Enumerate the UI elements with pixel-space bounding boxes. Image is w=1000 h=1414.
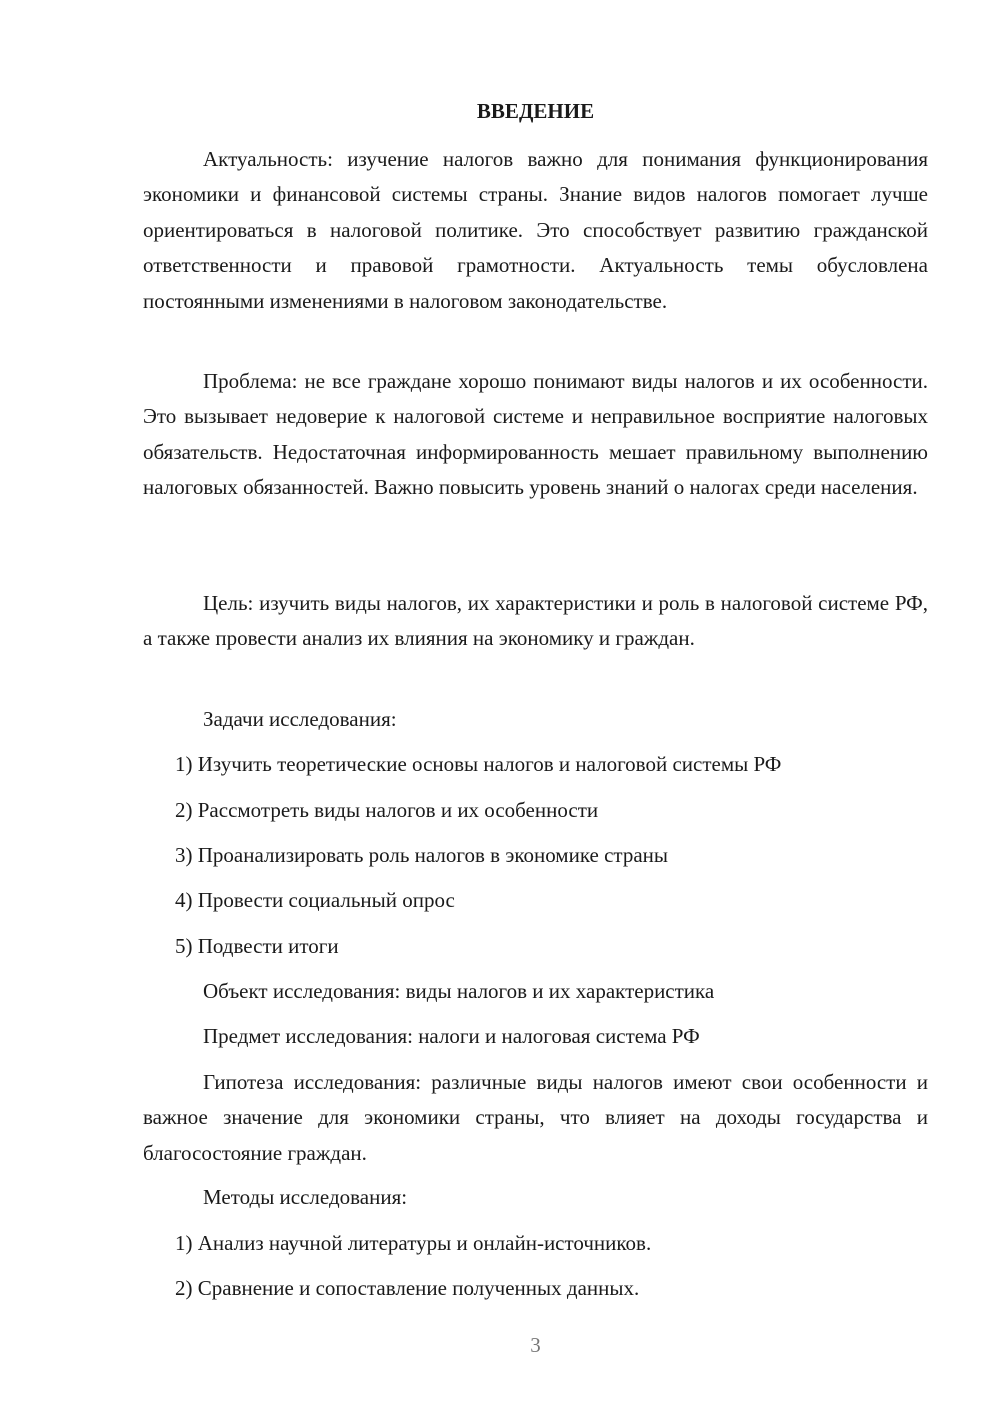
task-item: 5) Подвести итоги bbox=[175, 931, 339, 961]
goal-paragraph: Цель: изучить виды налогов, их характери… bbox=[143, 586, 928, 657]
task-item: 2) Рассмотреть виды налогов и их особенн… bbox=[175, 795, 598, 825]
method-item: 2) Сравнение и сопоставление полученных … bbox=[175, 1273, 639, 1303]
hypothesis-paragraph: Гипотеза исследования: различные виды на… bbox=[143, 1065, 928, 1171]
hypothesis-text: Гипотеза исследования: различные виды на… bbox=[143, 1070, 928, 1165]
goal-text: Цель: изучить виды налогов, их характери… bbox=[143, 591, 928, 650]
relevance-paragraph: Актуальность: изучение налогов важно для… bbox=[143, 142, 928, 319]
section-title: ВВЕДЕНИЕ bbox=[143, 96, 928, 126]
research-subject: Предмет исследования: налоги и налоговая… bbox=[203, 1021, 700, 1051]
problem-text: Проблема: не все граждане хорошо понимаю… bbox=[143, 369, 928, 499]
relevance-text: Актуальность: изучение налогов важно для… bbox=[143, 147, 928, 313]
methods-heading: Методы исследования: bbox=[203, 1182, 407, 1212]
tasks-heading: Задачи исследования: bbox=[203, 704, 397, 734]
method-item: 1) Анализ научной литературы и онлайн-ис… bbox=[175, 1228, 651, 1258]
problem-paragraph: Проблема: не все граждане хорошо понимаю… bbox=[143, 364, 928, 506]
page-number: 3 bbox=[143, 1333, 928, 1358]
research-object: Объект исследования: виды налогов и их х… bbox=[203, 976, 714, 1006]
task-item: 4) Провести социальный опрос bbox=[175, 885, 455, 915]
task-item: 3) Проанализировать роль налогов в эконо… bbox=[175, 840, 668, 870]
task-item: 1) Изучить теоретические основы налогов … bbox=[175, 749, 781, 779]
